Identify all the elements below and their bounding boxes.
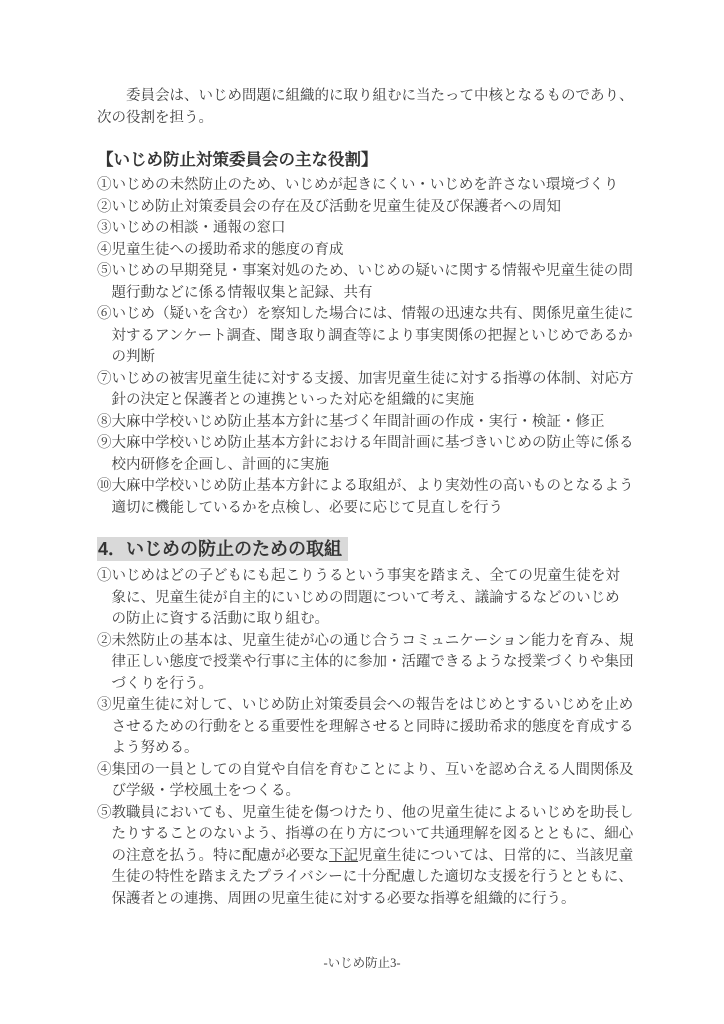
list-item: ②未然防止の基本は、児童生徒が心の通じ合うコミュニケーション能力を育み、規律正し… [97, 631, 634, 696]
list-item: ④児童生徒への援助希求的態度の育成 [97, 240, 634, 262]
section4-heading: 4．いじめの防止のための取組 [97, 537, 634, 561]
roles-list: ①いじめの未然防止のため、いじめが起きにくい・いじめを許さない環境づくり ②いじ… [97, 175, 634, 519]
item-number: ② [97, 199, 112, 215]
item-text: 未然防止の基本は、児童生徒が心の通じ合うコミュニケーション能力を育み、規律正しい… [112, 633, 634, 692]
item-text: いじめの早期発見・事案対処のため、いじめの疑いに関する情報や児童生徒の問題行動な… [112, 263, 633, 301]
item-text: 大麻中学校いじめ防止基本方針における年間計画に基づきいじめの防止等に係る校内研修… [112, 435, 634, 473]
section4-heading-text: 4．いじめの防止のための取組 [97, 537, 348, 561]
page-footer: -いじめ防止3- [0, 953, 724, 975]
item-number: ⑨ [97, 435, 112, 451]
item-number: ④ [97, 242, 112, 258]
item-text: 大麻中学校いじめ防止基本方針に基づく年間計画の作成・実行・検証・修正 [112, 414, 605, 430]
item-text: 集団の一員としての自覚や自信を育むことにより、互いを認め合える人間関係及び学級・… [112, 762, 634, 800]
section4-list: ①いじめはどの子どもにも起こりうるという事実を踏まえ、全ての児童生徒を対象に、児… [97, 566, 634, 910]
list-item: ③児童生徒に対して、いじめ防止対策委員会への報告をはじめとするいじめを止めさせる… [97, 695, 634, 760]
item-text: いじめ（疑いを含む）を察知した場合には、情報の迅速な共有、関係児童生徒に対するア… [112, 306, 634, 365]
item-number: ① [97, 177, 112, 193]
list-item: ⑤いじめの早期発見・事案対処のため、いじめの疑いに関する情報や児童生徒の問題行動… [97, 261, 634, 304]
item-text: いじめはどの子どもにも起こりうるという事実を踏まえ、全ての児童生徒を対象に、児童… [112, 568, 620, 627]
item-number: ② [97, 633, 112, 649]
list-item: ⑧大麻中学校いじめ防止基本方針に基づく年間計画の作成・実行・検証・修正 [97, 412, 634, 434]
item-text: いじめの被害児童生徒に対する支援、加害児童生徒に対する指導の体制、対応方針の決定… [112, 371, 634, 409]
item-number: ⑦ [97, 371, 112, 387]
list-item: ⑦いじめの被害児童生徒に対する支援、加害児童生徒に対する指導の体制、対応方針の決… [97, 369, 634, 412]
list-item: ⑨大麻中学校いじめ防止基本方針における年間計画に基づきいじめの防止等に係る校内研… [97, 433, 634, 476]
item-text: 児童生徒に対して、いじめ防止対策委員会への報告をはじめとするいじめを止めさせるた… [112, 697, 634, 756]
list-item: ⑥いじめ（疑いを含む）を察知した場合には、情報の迅速な共有、関係児童生徒に対する… [97, 304, 634, 369]
item-text: いじめの未然防止のため、いじめが起きにくい・いじめを許さない環境づくり [112, 177, 619, 193]
intro-paragraph: 委員会は、いじめ問題に組織的に取り組むに当たって中核となるものであり、次の役割を… [97, 86, 634, 129]
item-number: ⑩ [97, 478, 112, 494]
item-number: ① [97, 568, 112, 584]
list-item: ⑩大麻中学校いじめ防止基本方針による取組が、より実効性の高いものとなるよう適切に… [97, 476, 634, 519]
item-number: ⑤ [97, 263, 112, 279]
page-content: 委員会は、いじめ問題に組織的に取り組むに当たって中核となるものであり、次の役割を… [0, 0, 724, 910]
item-number: ⑧ [97, 414, 112, 430]
list-item: ⑤教職員においても、児童生徒を傷つけたり、他の児童生徒によるいじめを助長したりす… [97, 803, 634, 911]
list-item: ①いじめの未然防止のため、いじめが起きにくい・いじめを許さない環境づくり [97, 175, 634, 197]
item-text: 大麻中学校いじめ防止基本方針による取組が、より実効性の高いものとなるよう適切に機… [112, 478, 634, 516]
item-text: 児童生徒への援助希求的態度の育成 [112, 242, 344, 258]
item-number: ③ [97, 697, 112, 713]
roles-heading: 【いじめ防止対策委員会の主な役割】 [97, 149, 634, 171]
item-number: ③ [97, 220, 112, 236]
list-item: ③いじめの相談・通報の窓口 [97, 218, 634, 240]
list-item: ④集団の一員としての自覚や自信を育むことにより、互いを認め合える人間関係及び学級… [97, 760, 634, 803]
item-number: ④ [97, 762, 112, 778]
underlined-text: 下記 [329, 848, 358, 864]
list-item: ②いじめ防止対策委員会の存在及び活動を児童生徒及び保護者への周知 [97, 197, 634, 219]
item-number: ⑥ [97, 306, 112, 322]
item-number: ⑤ [97, 805, 112, 821]
list-item: ①いじめはどの子どもにも起こりうるという事実を踏まえ、全ての児童生徒を対象に、児… [97, 566, 634, 631]
item-text: いじめ防止対策委員会の存在及び活動を児童生徒及び保護者への周知 [112, 199, 562, 215]
item-text: いじめの相談・通報の窓口 [112, 220, 286, 236]
document-page: 委員会は、いじめ問題に組織的に取り組むに当たって中核となるものであり、次の役割を… [0, 0, 724, 1024]
